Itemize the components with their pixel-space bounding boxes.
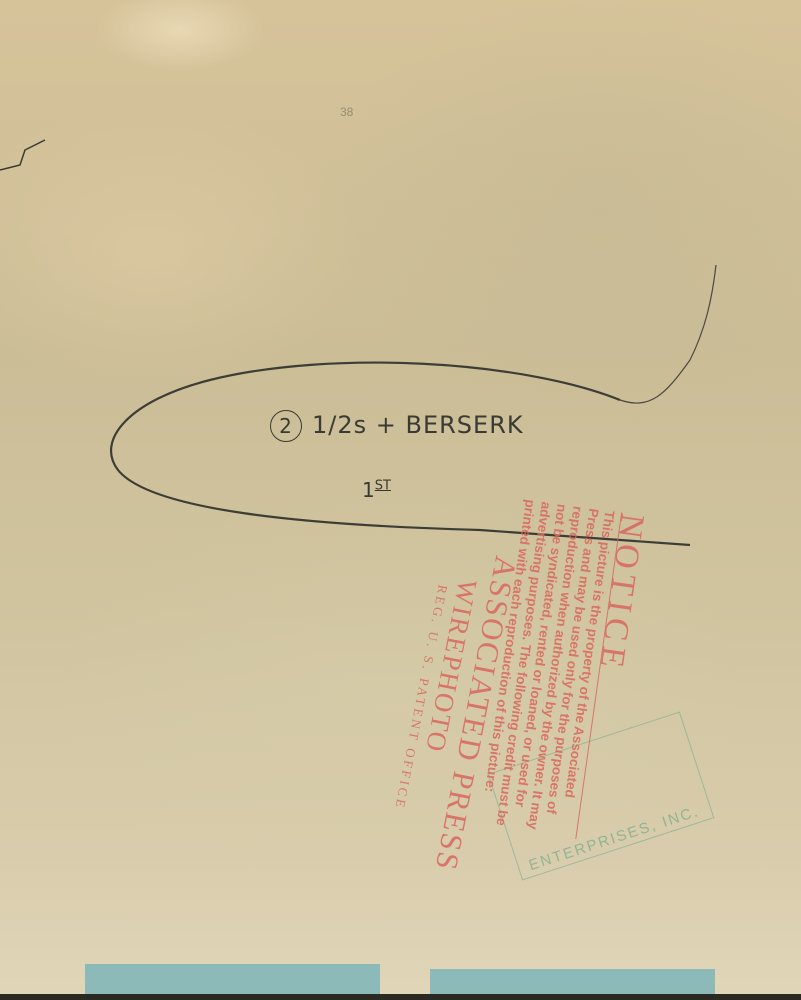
caption-text: 1/2s + BERSERK <box>312 411 524 439</box>
tape-strip-right <box>430 969 715 995</box>
handwritten-caption: 21/2s + BERSERK <box>270 410 524 442</box>
circled-number: 2 <box>270 410 302 442</box>
tape-strip-left <box>85 964 380 994</box>
scan-edge <box>0 994 801 1000</box>
handwritten-rank: 1ST <box>362 478 391 502</box>
